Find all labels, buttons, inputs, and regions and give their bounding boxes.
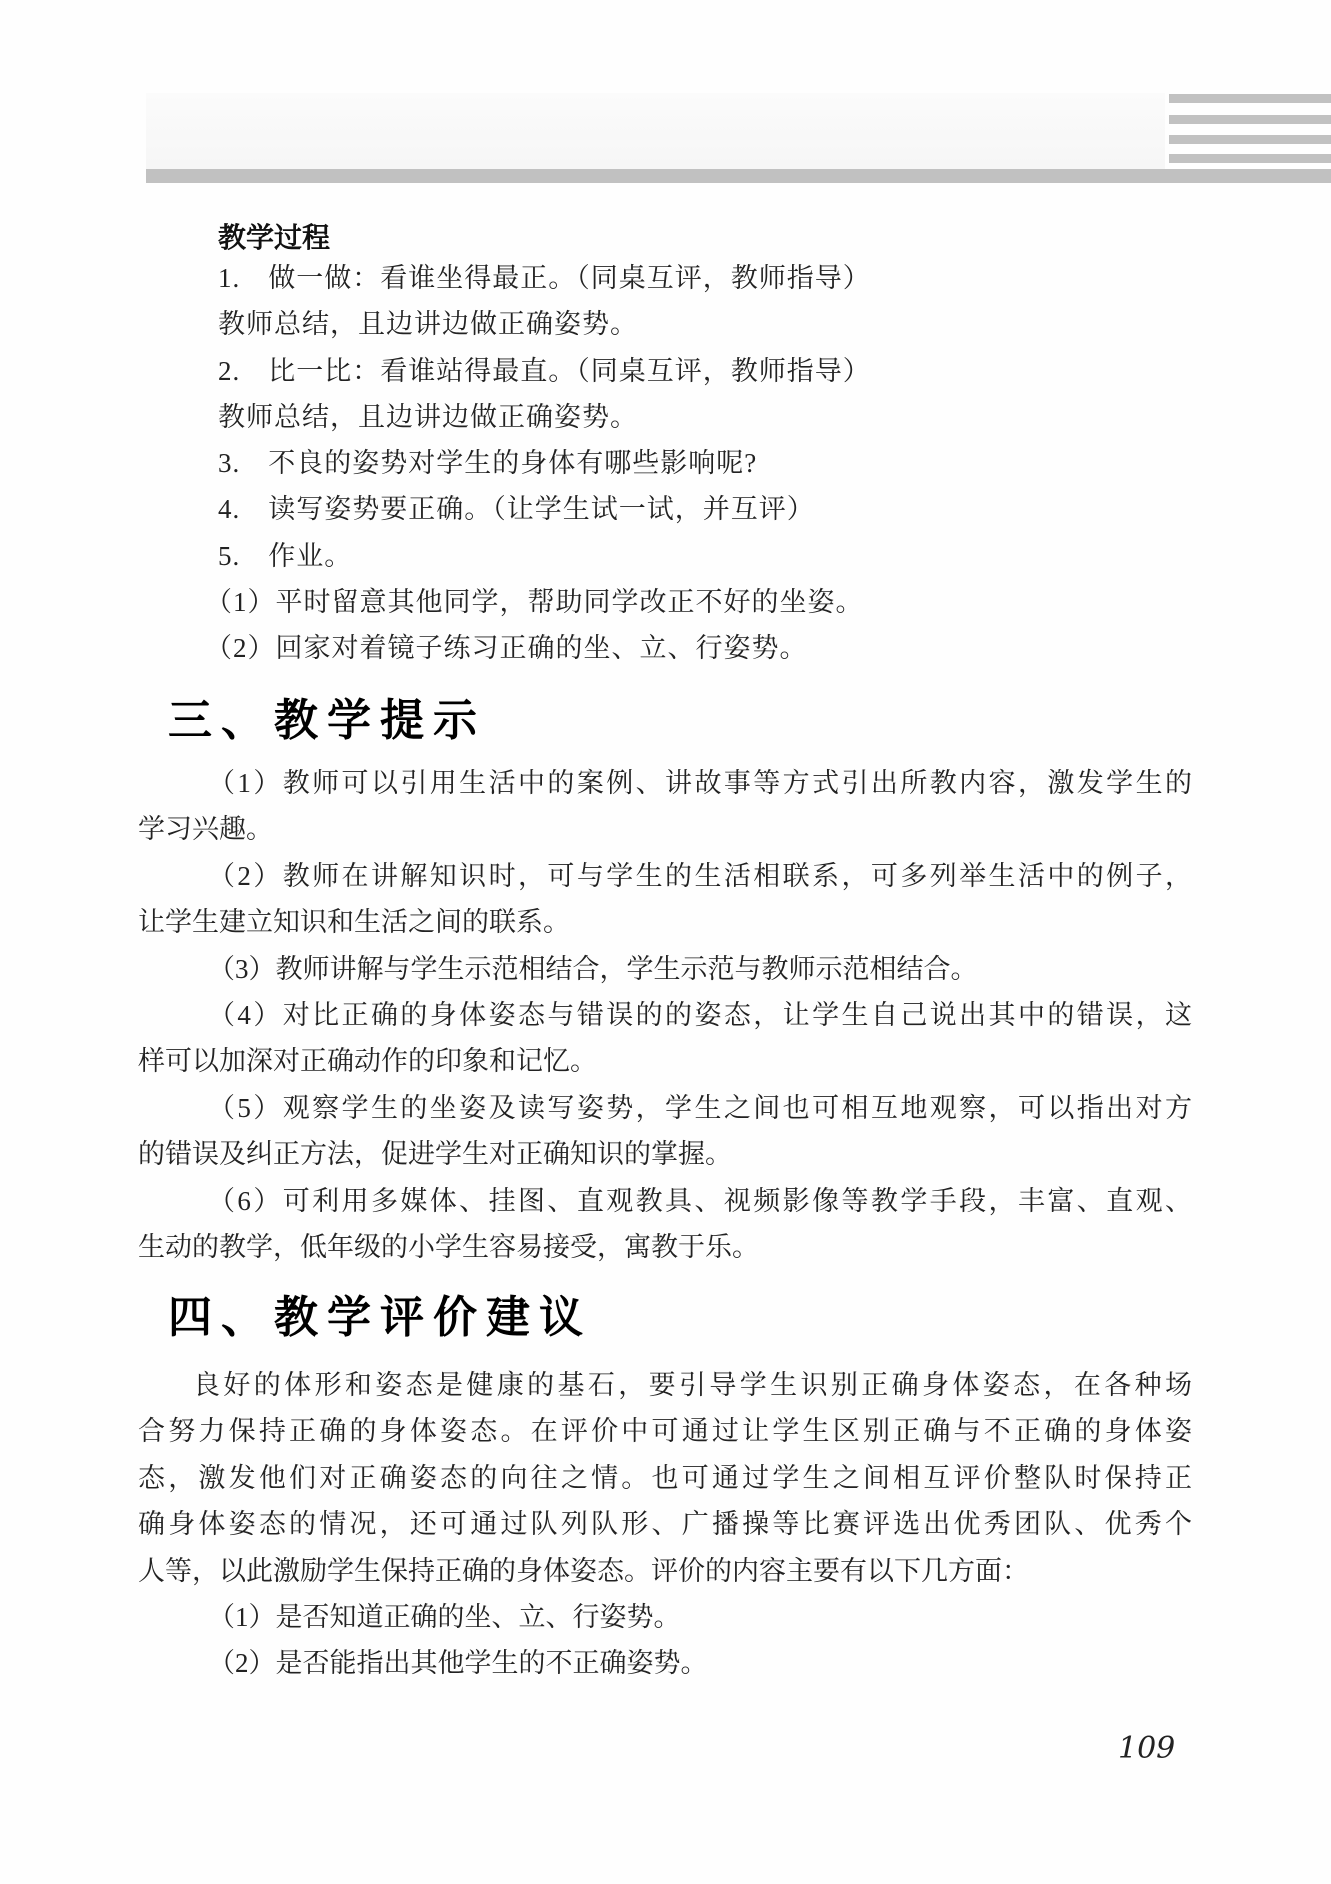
body-text-line: （1）教师可以引用生活中的案例、讲故事等方式引出所教内容，激发学生的 bbox=[138, 760, 1192, 806]
header-stripe-icon bbox=[1169, 94, 1331, 103]
body-text-line: 合努力保持正确的身体姿态。在评价中可通过让学生区别正确与不正确的身体姿 bbox=[138, 1408, 1192, 1454]
document-page: 教学过程 1. 做一做：看谁坐得最正。（同桌互评，教师指导） 教师总结，且边讲边… bbox=[0, 0, 1331, 1884]
page-number: 109 bbox=[1118, 1731, 1175, 1766]
process-step-line: 教师总结，且边讲边做正确姿势。 bbox=[218, 301, 1192, 347]
process-step-line: 4. 读写姿势要正确。（让学生试一试，并互评） bbox=[218, 486, 1192, 532]
process-step-line: 2. 比一比：看谁站得最直。（同桌互评，教师指导） bbox=[218, 348, 1192, 394]
body-text-line: 让学生建立知识和生活之间的联系。 bbox=[138, 899, 1192, 945]
process-step-line: （2）回家对着镜子练习正确的坐、立、行姿势。 bbox=[205, 625, 1192, 671]
process-step-line: 3. 不良的姿势对学生的身体有哪些影响呢? bbox=[218, 440, 1192, 486]
process-step-list: 1. 做一做：看谁坐得最正。（同桌互评，教师指导） 教师总结，且边讲边做正确姿势… bbox=[218, 255, 1192, 672]
body-text-line: 良好的体形和姿态是健康的基石，要引导学生识别正确身体姿态，在各种场 bbox=[138, 1362, 1192, 1408]
body-text-line: （1）是否知道正确的坐、立、行姿势。 bbox=[138, 1594, 1192, 1640]
body-text-line: 学习兴趣。 bbox=[138, 806, 1192, 852]
header-rule-bar bbox=[146, 169, 1331, 183]
header-stripe-icon bbox=[1169, 154, 1331, 163]
tips-section-title: 三、教学提示 bbox=[168, 684, 486, 748]
evaluation-section-title: 四、教学评价建议 bbox=[168, 1281, 592, 1345]
body-text-line: 确身体姿态的情况，还可通过队列队形、广播操等比赛评选出优秀团队、优秀个 bbox=[138, 1501, 1192, 1547]
body-text-line: （5）观察学生的坐姿及读写姿势，学生之间也可相互地观察，可以指出对方 bbox=[138, 1085, 1192, 1131]
body-text-line: 人等，以此激励学生保持正确的身体姿态。评价的内容主要有以下几方面： bbox=[138, 1548, 1192, 1594]
body-text-line: （2）是否能指出其他学生的不正确姿势。 bbox=[138, 1640, 1192, 1686]
tips-section-body: （1）教师可以引用生活中的案例、讲故事等方式引出所教内容，激发学生的 学习兴趣。… bbox=[138, 760, 1192, 1270]
body-text-line: （3）教师讲解与学生示范相结合，学生示范与教师示范相结合。 bbox=[138, 946, 1192, 992]
body-text-line: （4）对比正确的身体姿态与错误的的姿态，让学生自己说出其中的错误，这 bbox=[138, 992, 1192, 1038]
body-text-line: 生动的教学，低年级的小学生容易接受，寓教于乐。 bbox=[138, 1224, 1192, 1270]
header-stripe-icon bbox=[1169, 135, 1331, 144]
process-step-line: 1. 做一做：看谁坐得最正。（同桌互评，教师指导） bbox=[218, 255, 1192, 301]
header-shade-band bbox=[146, 93, 1165, 169]
evaluation-section-body: 良好的体形和姿态是健康的基石，要引导学生识别正确身体姿态，在各种场 合努力保持正… bbox=[138, 1362, 1192, 1687]
body-text-line: 态，激发他们对正确姿态的向往之情。也可通过学生之间相互评价整队时保持正 bbox=[138, 1455, 1192, 1501]
body-text-line: 的错误及纠正方法，促进学生对正确知识的掌握。 bbox=[138, 1131, 1192, 1177]
body-text-line: 样可以加深对正确动作的印象和记忆。 bbox=[138, 1038, 1192, 1084]
process-section-title: 教学过程 bbox=[218, 216, 330, 256]
process-step-line: 教师总结，且边讲边做正确姿势。 bbox=[218, 394, 1192, 440]
body-text-line: （6）可利用多媒体、挂图、直观教具、视频影像等教学手段，丰富、直观、 bbox=[138, 1178, 1192, 1224]
process-step-line: 5. 作业。 bbox=[218, 533, 1192, 579]
header-stripe-icon bbox=[1169, 115, 1331, 124]
body-text-line: （2）教师在讲解知识时，可与学生的生活相联系，可多列举生活中的例子， bbox=[138, 853, 1192, 899]
process-step-line: （1）平时留意其他同学，帮助同学改正不好的坐姿。 bbox=[205, 579, 1192, 625]
